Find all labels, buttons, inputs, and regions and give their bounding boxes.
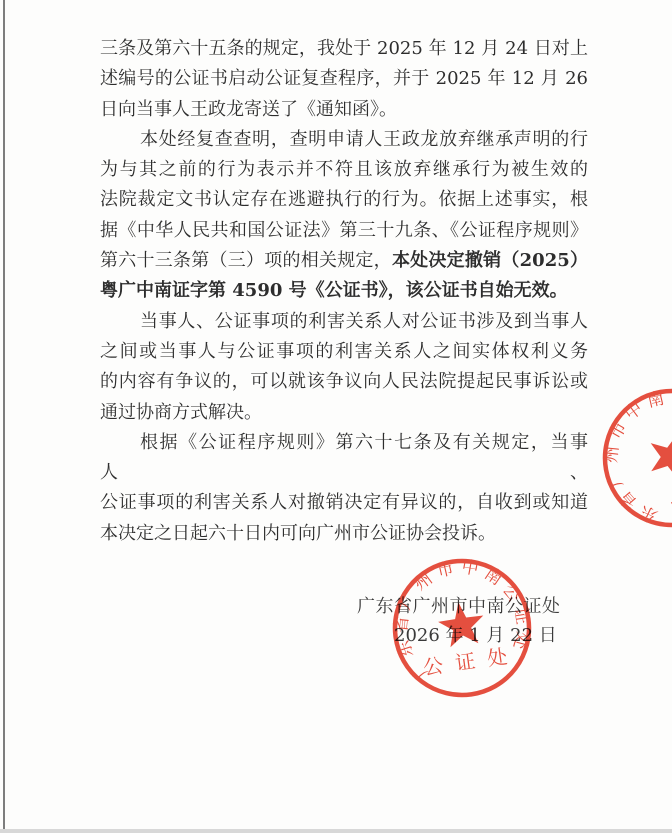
document-line: 通过协商方式解决。 — [100, 398, 588, 428]
document-text: 之间或当事人与公证事项的利害关系人之间实体权利义务 — [100, 341, 588, 362]
document-line: 日向当事人王政龙寄送了《通知函》。 — [100, 95, 588, 125]
document-line: 的内容有争议的，可以就该争议向人民法院提起民事诉讼或 — [100, 367, 588, 397]
document-text-bold: 本处决定撤销（2025） — [392, 250, 588, 271]
document-line: 述编号的公证书启动公证复查程序，并于 2025 年 12 月 26 — [100, 64, 588, 94]
document-text: 公证事项的利害关系人对撤销决定有异议的，自收到或知道 — [100, 492, 588, 513]
document-line: 据《中华人民共和国公证法》第三十九条、《公证程序规则》 — [100, 216, 588, 246]
document-text: 根据《公证程序规则》第六十七条及有关规定，当事人、 — [100, 432, 588, 483]
document-text: 通过协商方式解决。 — [100, 402, 262, 423]
document-line: 第六十三条第（三）项的相关规定，本处决定撤销（2025） — [100, 246, 588, 276]
document-text: 本处经复查查明，查明申请人王政龙放弃继承声明的行 — [140, 129, 588, 150]
scanned-document-page: 三条及第六十五条的规定，我处于 2025 年 12 月 24 日对上述编号的公证… — [0, 0, 672, 833]
document-line: 当事人、公证事项的利害关系人对公证书涉及到当事人 — [100, 307, 588, 337]
document-text-bold: 粤广中南证字第 4590 号《公证书》，该公证书自始无效。 — [100, 280, 568, 301]
document-line: 根据《公证程序规则》第六十七条及有关规定，当事人、 — [100, 428, 588, 489]
document-text: 为与其之前的行为表示并不符且该放弃继承行为被生效的 — [100, 159, 588, 180]
document-text: 法院裁定文书认定存在逃避执行的行为。依据上述事实，根 — [100, 189, 588, 210]
document-text: 日向当事人王政龙寄送了《通知函》。 — [100, 99, 397, 120]
document-text: 据《中华人民共和国公证法》第三十九条、《公证程序规则》 — [100, 220, 588, 241]
document-line: 为与其之前的行为表示并不符且该放弃继承行为被生效的 — [100, 155, 588, 185]
document-line: 法院裁定文书认定存在逃避执行的行为。依据上述事实，根 — [100, 185, 588, 215]
document-line: 之间或当事人与公证事项的利害关系人之间实体权利义务 — [100, 337, 588, 367]
document-text: 三条及第六十五条的规定，我处于 2025 年 12 月 24 日对上 — [100, 38, 588, 59]
document-line: 三条及第六十五条的规定，我处于 2025 年 12 月 24 日对上 — [100, 34, 588, 64]
document-text: 本决定之日起六十日内可向广州市公证协会投诉。 — [100, 523, 496, 544]
scan-edge-artifact-bottom — [0, 829, 672, 833]
signature-date: 2026 年 1 月 22 日 — [394, 621, 557, 647]
document-text: 当事人、公证事项的利害关系人对公证书涉及到当事人 — [140, 311, 588, 332]
document-line: 公证事项的利害关系人对撤销决定有异议的，自收到或知道 — [100, 488, 588, 518]
document-line: 本决定之日起六十日内可向广州市公证协会投诉。 — [100, 519, 588, 549]
seal-bottom-text: 公 证 处 — [422, 644, 512, 680]
document-text: 的内容有争议的，可以就该争议向人民法院提起民事诉讼或 — [100, 371, 588, 392]
signature-office-name: 广东省广州市中南公证处 — [357, 592, 561, 618]
document-text: 述编号的公证书启动公证复查程序，并于 2025 年 12 月 26 — [100, 68, 588, 89]
scan-edge-artifact-left — [3, 0, 5, 833]
document-text: 第六十三条第（三）项的相关规定， — [100, 250, 392, 271]
document-body: 三条及第六十五条的规定，我处于 2025 年 12 月 24 日对上述编号的公证… — [100, 34, 588, 549]
document-line: 本处经复查查明，查明申请人王政龙放弃继承声明的行 — [100, 125, 588, 155]
document-line: 粤广中南证字第 4590 号《公证书》，该公证书自始无效。 — [100, 276, 588, 306]
